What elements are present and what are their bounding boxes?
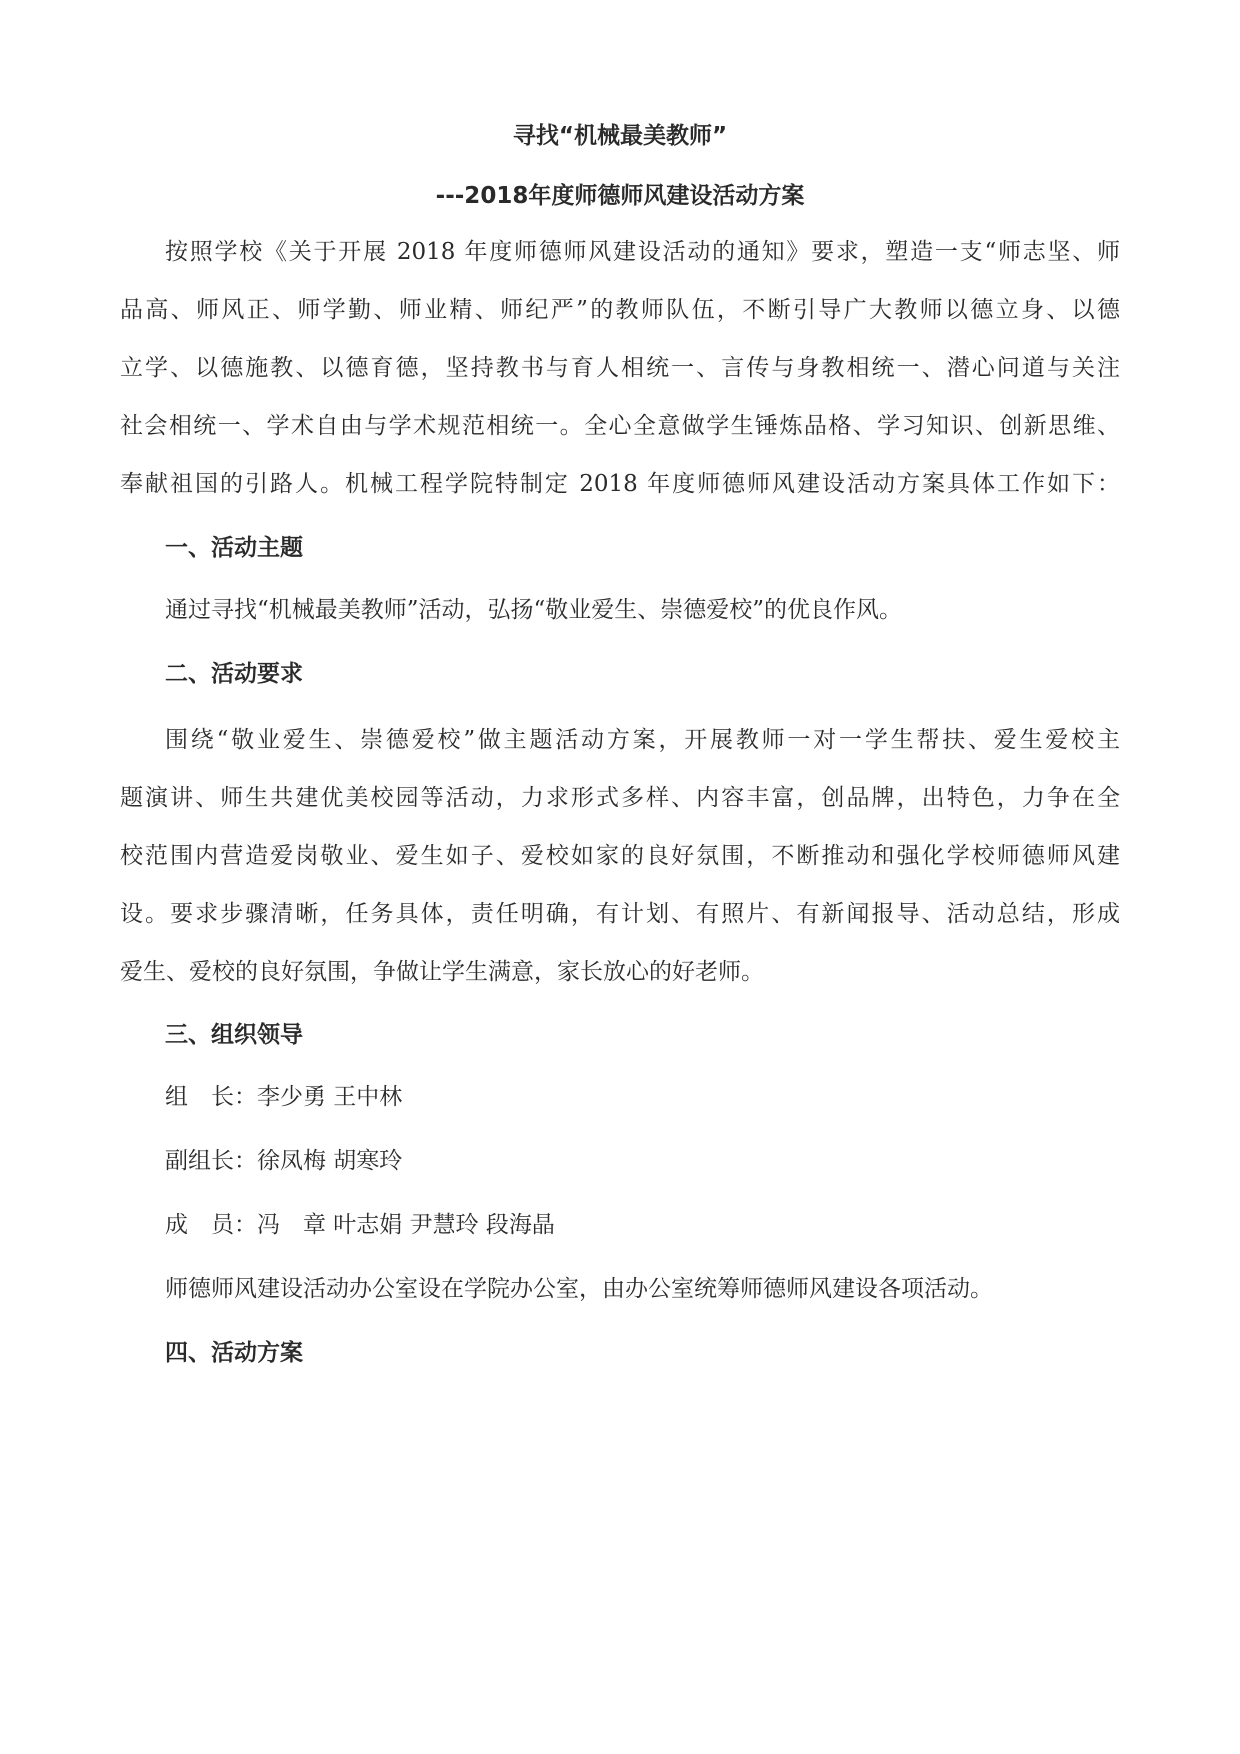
intro-paragraph-line: 按照学校《关于开展 2018 年度师德师风建设活动的通知》要求，塑造一支“师志坚… — [165, 237, 1120, 267]
members-line: 成 员：冯 章 叶志娟 尹慧玲 段海晶 — [165, 1210, 555, 1240]
intro-paragraph-line: 社会相统一、学术自由与学术规范相统一。全心全意做学生锤炼品格、学习知识、创新思维… — [120, 411, 1120, 441]
section-heading-plan: 四、活动方案 — [165, 1338, 303, 1368]
requirements-line: 校范围内营造爱岗敬业、爱生如子、爱校如家的良好氛围，不断推动和强化学校师德师风建 — [120, 841, 1120, 871]
theme-text: 通过寻找“机械最美教师”活动，弘扬“敬业爱生、崇德爱校”的优良作风。 — [165, 595, 902, 625]
leader-line: 组 长：李少勇 王中林 — [165, 1082, 402, 1112]
document-subtitle: ---2018年度师德师风建设活动方案 — [0, 181, 1240, 211]
section-heading-requirements: 二、活动要求 — [165, 659, 303, 689]
requirements-line: 围绕“敬业爱生、崇德爱校”做主题活动方案，开展教师一对一学生帮扶、爱生爱校主 — [165, 725, 1120, 755]
document-title: 寻找“机械最美教师” — [0, 121, 1240, 151]
section-heading-theme: 一、活动主题 — [165, 533, 303, 563]
intro-paragraph-line: 奉献祖国的引路人。机械工程学院特制定 2018 年度师德师风建设活动方案具体工作… — [120, 469, 1120, 499]
requirements-line: 题演讲、师生共建优美校园等活动，力求形式多样、内容丰富，创品牌，出特色，力争在全 — [120, 783, 1120, 813]
intro-paragraph-line: 品高、师风正、师学勤、师业精、师纪严”的教师队伍，不断引导广大教师以德立身、以德 — [120, 295, 1120, 325]
section-heading-leadership: 三、组织领导 — [165, 1020, 303, 1050]
office-line: 师德师风建设活动办公室设在学院办公室，由办公室统筹师德师风建设各项活动。 — [165, 1274, 993, 1304]
requirements-line: 设。要求步骤清晰，任务具体，责任明确，有计划、有照片、有新闻报导、活动总结，形成 — [120, 899, 1120, 929]
deputy-leader-line: 副组长：徐凤梅 胡寒玲 — [165, 1146, 402, 1176]
requirements-line: 爱生、爱校的良好氛围，争做让学生满意，家长放心的好老师。 — [120, 957, 764, 987]
intro-paragraph-line: 立学、以德施教、以德育德，坚持教书与育人相统一、言传与身教相统一、潜心问道与关注 — [120, 353, 1120, 383]
